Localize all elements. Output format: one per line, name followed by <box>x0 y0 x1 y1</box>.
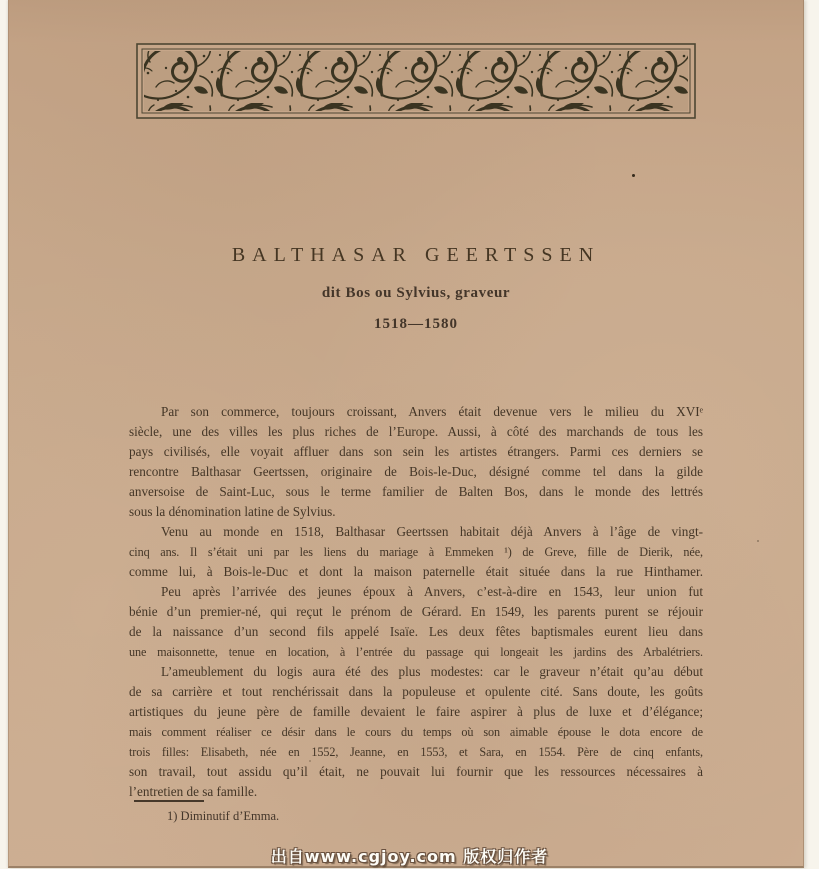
page-title: BALTHASAR GEERTSSEN <box>129 244 703 267</box>
text-line: sous la dénomination latine de Sylvius. <box>129 502 703 522</box>
ink-speck <box>757 540 759 542</box>
text-line: une maisonnette, tenue en location, à l’… <box>129 642 703 662</box>
body-text: Par son commerce, toujours croissant, An… <box>129 402 703 802</box>
paragraph: Peu après l’arrivée des jeunes époux à A… <box>129 582 703 662</box>
page-subtitle: dit Bos ou Sylvius, graveur <box>129 285 703 302</box>
text-line: cinq ans. Il s’était uni par les liens d… <box>129 542 703 562</box>
text-line: son travail, tout assidu qu’il était, ne… <box>129 762 703 782</box>
paragraph: Par son commerce, toujours croissant, An… <box>129 402 703 522</box>
ink-speck <box>632 174 635 177</box>
text-line: l’entretien de sa famille. <box>129 782 703 802</box>
text-line: Peu après l’arrivée des jeunes époux à A… <box>129 582 703 602</box>
paragraph: Venu au monde en 1518, Balthasar Geertss… <box>129 522 703 582</box>
text-line: comme lui, à Bois-le-Duc et dont la mais… <box>129 562 703 582</box>
text-line: artistiques du jeune père de famille dev… <box>129 702 703 722</box>
text-line: pays civilisés, elle voyait affluer dans… <box>129 442 703 462</box>
ornament-engraving <box>136 43 696 119</box>
text-line: anversoise de Saint-Luc, sous le terme f… <box>129 482 703 502</box>
footnote-rule <box>134 800 204 802</box>
life-dates: 1518—1580 <box>129 316 703 333</box>
text-line: Par son commerce, toujours croissant, An… <box>129 402 703 422</box>
scanned-page: BALTHASAR GEERTSSEN dit Bos ou Sylvius, … <box>0 0 819 869</box>
text-line: mais comment réaliser ce désir dans le c… <box>129 722 703 742</box>
paper-sheet: BALTHASAR GEERTSSEN dit Bos ou Sylvius, … <box>8 0 804 868</box>
ink-speck <box>309 760 311 762</box>
text-line: bénie d’un premier-né, qui reçut le prén… <box>129 602 703 622</box>
text-line: de sa carrière et tout renchérissait dan… <box>129 682 703 702</box>
text-line: rencontre Balthasar Geertssen, originair… <box>129 462 703 482</box>
ornament-band <box>136 43 696 119</box>
site-watermark: 出自www.cgjoy.com 版权归作者 <box>0 844 819 867</box>
text-line: de la naissance d’un second fils appelé … <box>129 622 703 642</box>
text-line: siècle, une des villes les plus riches d… <box>129 422 703 442</box>
text-line: trois filles: Elisabeth, née en 1552, Je… <box>129 742 703 762</box>
text-line: L’ameublement du logis aura été des plus… <box>129 662 703 682</box>
text-line: Venu au monde en 1518, Balthasar Geertss… <box>129 522 703 542</box>
paragraph: L’ameublement du logis aura été des plus… <box>129 662 703 802</box>
footnote-text: 1) Diminutif d’Emma. <box>167 809 279 824</box>
